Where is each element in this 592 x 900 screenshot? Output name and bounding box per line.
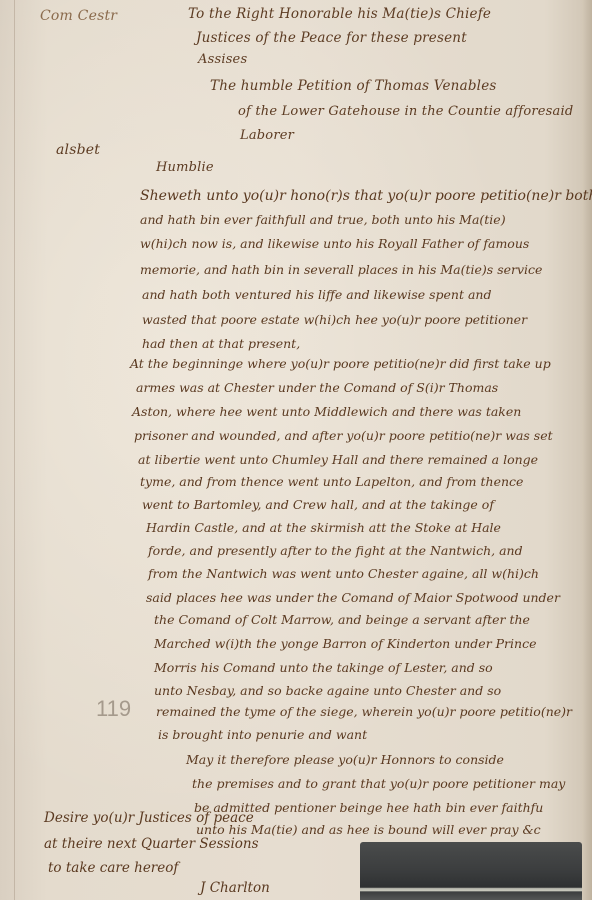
body-line: Morris his Comand unto the takinge of Le… bbox=[154, 660, 493, 675]
prayer-line: May it therefore please yo(u)r Honnors t… bbox=[186, 752, 504, 767]
body-line: at libertie went unto Chumley Hall and t… bbox=[138, 452, 538, 467]
address-line-3: Assises bbox=[198, 52, 247, 67]
body-line: went to Bartomley, and Crew hall, and at… bbox=[142, 497, 494, 512]
body-line: wasted that poore estate w(hi)ch hee yo(… bbox=[142, 312, 527, 327]
body-line: remained the tyme of the siege, wherein … bbox=[156, 704, 572, 719]
body-line: unto Nesbay, and so backe againe unto Ch… bbox=[154, 683, 501, 698]
body-line: Sheweth unto yo(u)r hono(r)s that yo(u)r… bbox=[140, 188, 592, 204]
body-line: memorie, and hath bin in severall places… bbox=[140, 262, 542, 277]
body-line: from the Nantwich was went unto Chester … bbox=[148, 566, 539, 581]
pencil-folio-number: 119 bbox=[96, 696, 131, 722]
body-line: Marched w(i)th the yonge Barron of Kinde… bbox=[154, 636, 536, 651]
petition-title-2: of the Lower Gatehouse in the Countie af… bbox=[238, 104, 573, 119]
page-fold-line bbox=[14, 0, 15, 900]
salutation: Humblie bbox=[156, 160, 214, 175]
body-line: w(hi)ch now is, and likewise unto his Ro… bbox=[140, 236, 529, 251]
order-line: at theire next Quarter Sessions bbox=[44, 836, 259, 852]
body-line: forde, and presently after to the fight … bbox=[148, 543, 523, 558]
body-line: tyme, and from thence went unto Lapelton… bbox=[140, 474, 523, 489]
page-edge bbox=[582, 0, 592, 900]
margin-heading: Com Cestr bbox=[40, 8, 117, 24]
margin-note: alsbet bbox=[56, 142, 100, 158]
order-line: to take care hereof bbox=[48, 860, 178, 876]
body-line: Hardin Castle, and at the skirmish att t… bbox=[146, 520, 501, 535]
body-line: said places hee was under the Comand of … bbox=[146, 590, 560, 605]
address-line-2: Justices of the Peace for these present bbox=[196, 30, 467, 46]
manuscript-page: Com Cestr To the Right Honorable his Ma(… bbox=[0, 0, 592, 900]
body-line: At the beginninge where yo(u)r poore pet… bbox=[130, 356, 551, 371]
order-line: Desire yo(u)r Justices of peace bbox=[44, 810, 254, 826]
body-line: prisoner and wounded, and after yo(u)r p… bbox=[134, 428, 553, 443]
body-line: armes was at Chester under the Comand of… bbox=[136, 380, 498, 395]
body-line: Aston, where hee went unto Middlewich an… bbox=[132, 404, 521, 419]
prayer-line: the premises and to grant that yo(u)r po… bbox=[192, 776, 565, 791]
petition-title-3: Laborer bbox=[240, 128, 294, 143]
body-line: the Comand of Colt Marrow, and beinge a … bbox=[154, 612, 530, 627]
body-line: had then at that present, bbox=[142, 336, 300, 351]
body-line: and hath both ventured his liffe and lik… bbox=[142, 287, 492, 302]
binding-clip bbox=[360, 842, 582, 900]
body-line: is brought into penurie and want bbox=[158, 727, 367, 742]
petition-title-1: The humble Petition of Thomas Venables bbox=[210, 78, 497, 94]
address-line-1: To the Right Honorable his Ma(tie)s Chie… bbox=[188, 6, 491, 22]
signature: J Charlton bbox=[200, 880, 270, 896]
body-line: and hath bin ever faithfull and true, bo… bbox=[140, 212, 506, 227]
